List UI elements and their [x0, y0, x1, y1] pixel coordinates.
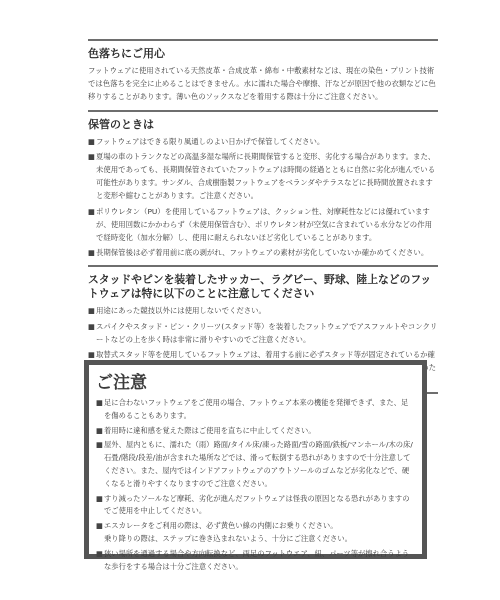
list-item: ■ポリウレタン（PU）を使用しているフットウェアは、クッション性、対摩耗性などに… [88, 205, 438, 245]
list-item: ■着用時に違和感を覚えた際はご使用を直ちに中止してください。 [96, 425, 415, 438]
square-bullet-icon: ■ [96, 493, 104, 519]
section-title: 保管のときは [88, 118, 438, 132]
care-instructions-document: 色落ちにご用心 フットウェアに使用されている天然皮革・合成皮革・綿布・中敷素材な… [88, 39, 438, 400]
caution-box: ご注意 ■足に合わないフットウェアをご使用の場合、フットウェア本来の機能を発揮で… [84, 360, 427, 559]
square-bullet-icon: ■ [96, 425, 104, 438]
list-item: ■屋外、屋内ともに、濡れた（雨）路面/タイル床/凍った路面/雪の路面/鉄板/マン… [96, 439, 415, 490]
square-bullet-icon: ■ [96, 548, 104, 574]
square-bullet-icon: ■ [96, 439, 104, 490]
list-item: ■狭い場所を通過する場合や方向転換など、両足のフットウエア、紐、パーツ等が擦れ合… [96, 548, 415, 574]
square-bullet-icon: ■ [88, 320, 96, 346]
divider [88, 39, 438, 41]
square-bullet-icon: ■ [88, 246, 96, 259]
caution-title: ご注意 [96, 373, 415, 393]
divider [88, 110, 438, 112]
square-bullet-icon: ■ [96, 520, 104, 546]
square-bullet-icon: ■ [88, 135, 96, 148]
divider [88, 265, 438, 267]
list-item: ■足に合わないフットウェアをご使用の場合、フットウェア本来の機能を発揮できず、ま… [96, 397, 415, 423]
section-storage: 保管のときは ■フットウェアはできる限り風通しのよい日かげで保管してください。 … [88, 110, 438, 260]
list-item: ■用途にあった競技以外には使用しないでください。 [88, 304, 438, 317]
square-bullet-icon: ■ [88, 150, 96, 203]
list-item: ■スパイクやスタッド・ピン・クリーツ(スタッド等）を装着したフットウェアでアスフ… [88, 320, 438, 346]
list-item: ■フットウェアはできる限り風通しのよい日かげで保管してください。 [88, 135, 438, 148]
square-bullet-icon: ■ [96, 397, 104, 423]
section-color-fading: 色落ちにご用心 フットウェアに使用されている天然皮革・合成皮革・綿布・中敷素材な… [88, 39, 438, 104]
list-item: ■エスカレータをご利用の際は、必ず黄色い線の内側にお乗りください。 乗り降りの際… [96, 520, 415, 546]
list-item: ■すり減ったソールなど摩耗、劣化が進んだフットウェアは怪我の原因となる恐れがあり… [96, 493, 415, 519]
list-item: ■夏場の車のトランクなどの高温多湿な場所に長期間保管すると変形、劣化する場合があ… [88, 150, 438, 203]
square-bullet-icon: ■ [88, 304, 96, 317]
section-title: 色落ちにご用心 [88, 47, 438, 61]
square-bullet-icon: ■ [88, 205, 96, 245]
section-paragraph: フットウェアに使用されている天然皮革・合成皮革・綿布・中敷素材などは、現在の染色… [88, 64, 438, 104]
section-title: スタッドやピンを装着したサッカー、ラグビー、野球、陸上などのフットウェアは特に以… [88, 273, 438, 301]
list-item: ■長期保管後は必ず着用前に底の剥がれ、フットウェアの素材が劣化していないか確かめ… [88, 246, 438, 259]
